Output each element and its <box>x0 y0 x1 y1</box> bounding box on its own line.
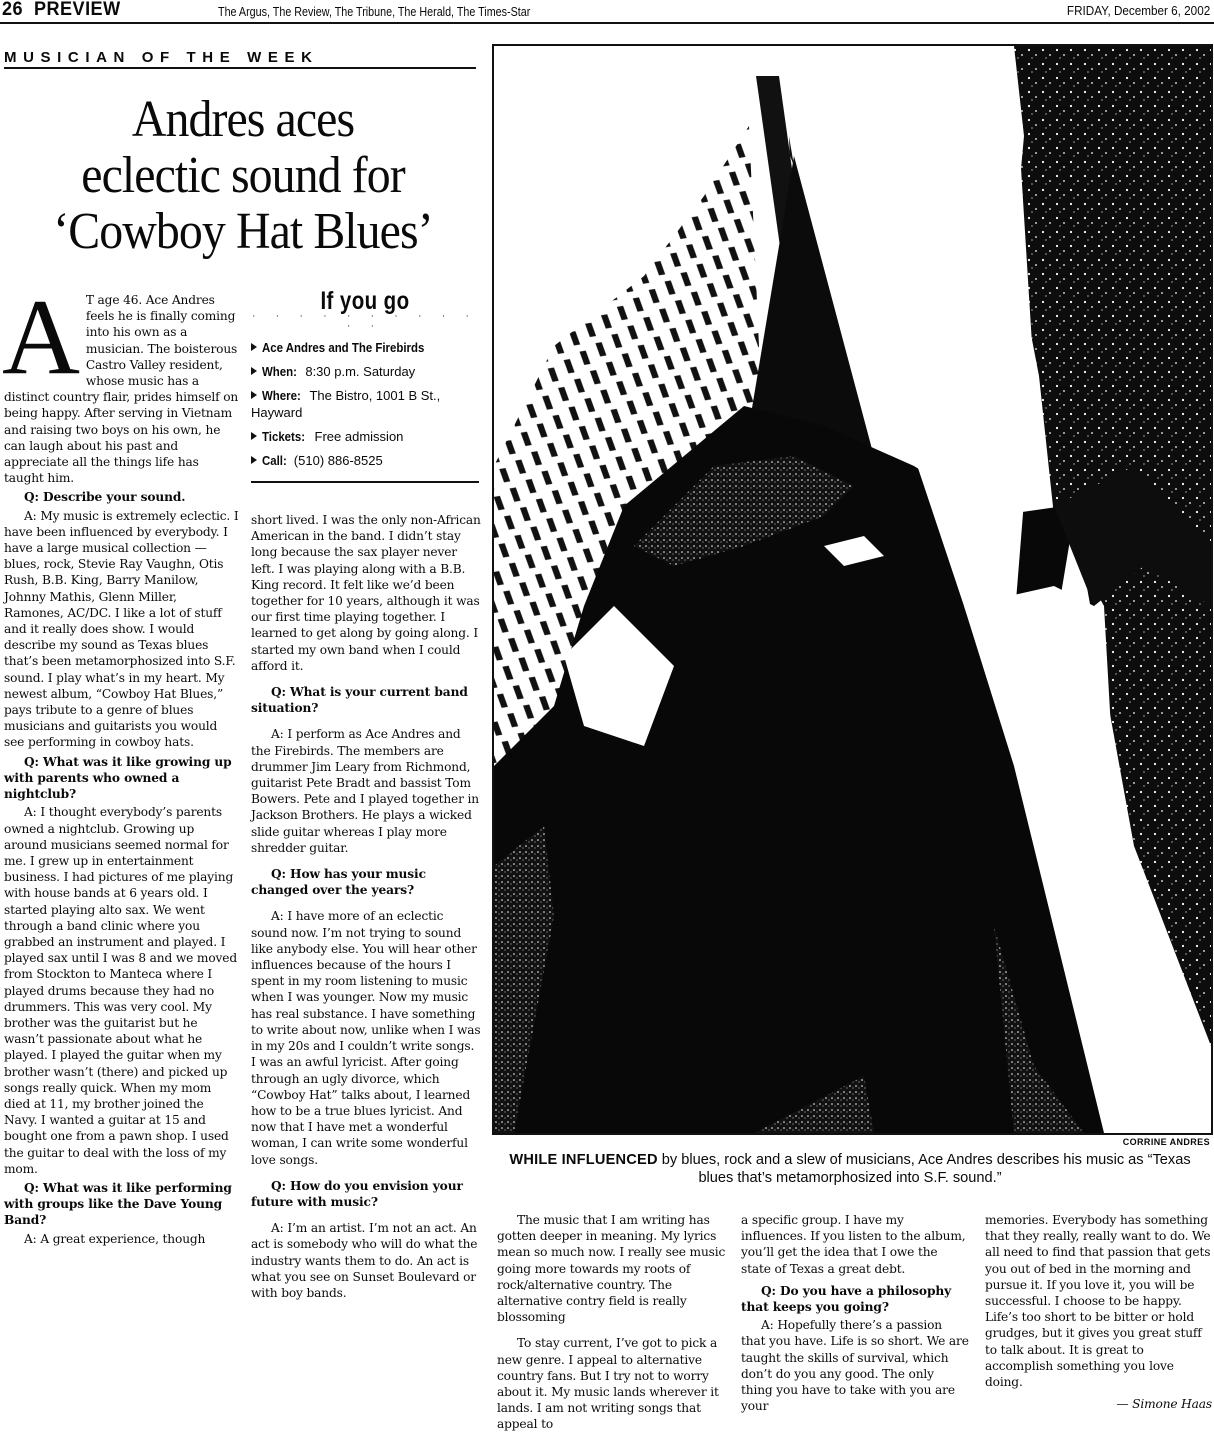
question-6: Q: How do you envision your future with … <box>251 1178 481 1210</box>
answer-7: A: Hopefully there’s a passion that you … <box>741 1317 969 1414</box>
article-column-4: a specific group. I have my influences. … <box>741 1212 969 1414</box>
question-4: Q: What is your current band situation? <box>251 684 481 716</box>
musician-photo <box>492 44 1213 1135</box>
triangle-bullet-icon <box>251 391 257 399</box>
article-column-2: short lived. I was the only non-African … <box>251 512 481 1301</box>
question-1: Q: Describe your sound. <box>4 489 240 505</box>
event-tickets: Tickets: Free admission <box>251 428 479 445</box>
box-bottom-rule <box>251 481 479 483</box>
question-2: Q: What was it like growing up with pare… <box>4 754 240 803</box>
triangle-bullet-icon <box>251 456 257 464</box>
page-folio: 26 PREVIEW The Argus, The Review, The Tr… <box>0 0 1214 24</box>
publication-date: FRIDAY, December 6, 2002 <box>1067 3 1210 18</box>
drop-cap: A <box>2 298 80 384</box>
triangle-bullet-icon <box>251 343 257 351</box>
answer-3-start: A: A great experience, though <box>4 1231 240 1247</box>
question-3: Q: What was it like performing with grou… <box>4 1180 240 1229</box>
answer-7-continued: memories. Everybody has something that t… <box>985 1212 1212 1390</box>
event-phone: Call: (510) 886-8525 <box>251 452 479 469</box>
if-you-go-box: If you go · · · · · · · · · · · · Ace An… <box>251 287 479 483</box>
folio-page-section: 26 PREVIEW <box>2 0 121 21</box>
headline-line-1: Andres aces <box>19 92 466 148</box>
answer-5: A: I have more of an eclectic sound now.… <box>251 908 481 1167</box>
page-number: 26 <box>2 0 23 20</box>
event-name: Ace Andres and The Firebirds <box>251 339 479 356</box>
paragraph-8: To stay current, I’ve got to pick a new … <box>497 1335 733 1432</box>
answer-1: A: My music is extremely eclectic. I hav… <box>4 508 240 751</box>
headline-line-3: ‘Cowboy Hat Blues’ <box>19 204 466 260</box>
photo-caption: WHILE INFLUENCED by blues, rock and a sl… <box>500 1151 1200 1187</box>
answer-2: A: I thought everybody’s parents owned a… <box>4 804 240 1177</box>
caption-lead-in: WHILE INFLUENCED <box>509 1152 657 1168</box>
triangle-bullet-icon <box>251 432 257 440</box>
paragraph-7: The music that I am writing has gotten d… <box>497 1212 733 1325</box>
headline: Andres aces eclectic sound for ‘Cowboy H… <box>19 92 466 260</box>
answer-3-continued: short lived. I was the only non-African … <box>251 512 481 674</box>
headline-line-2: eclectic sound for <box>19 148 466 204</box>
article-column-5: memories. Everybody has something that t… <box>985 1212 1212 1412</box>
photo-image <box>494 46 1211 1133</box>
if-you-go-title: If you go <box>272 287 459 316</box>
question-7: Q: Do you have a philosophy that keeps y… <box>741 1283 969 1315</box>
section-name: PREVIEW <box>34 0 121 20</box>
caption-text: by blues, rock and a slew of musicians, … <box>662 1152 1191 1186</box>
answer-4: A: I perform as Ace Andres and the Fireb… <box>251 726 481 856</box>
newspaper-names: The Argus, The Review, The Tribune, The … <box>218 5 530 19</box>
question-5: Q: How has your music changed over the y… <box>251 866 481 898</box>
triangle-bullet-icon <box>251 367 257 375</box>
kicker-text: MUSICIAN OF THE WEEK <box>4 49 319 66</box>
byline: — Simone Haas <box>985 1396 1212 1412</box>
photo-credit: CORRINE ANDRES <box>1123 1137 1210 1147</box>
event-where: Where: The Bistro, 1001 B St., Hayward <box>251 387 479 421</box>
article-column-3: The music that I am writing has gotten d… <box>497 1212 733 1433</box>
article-column-1: A T age 46. Ace Andres feels he is final… <box>4 292 240 1247</box>
kicker: MUSICIAN OF THE WEEK <box>4 47 476 69</box>
answer-6: A: I’m an artist. I’m not an act. An act… <box>251 1220 481 1301</box>
paragraph-8-continued: a specific group. I have my influences. … <box>741 1212 969 1277</box>
event-when: When: 8:30 p.m. Saturday <box>251 363 479 380</box>
